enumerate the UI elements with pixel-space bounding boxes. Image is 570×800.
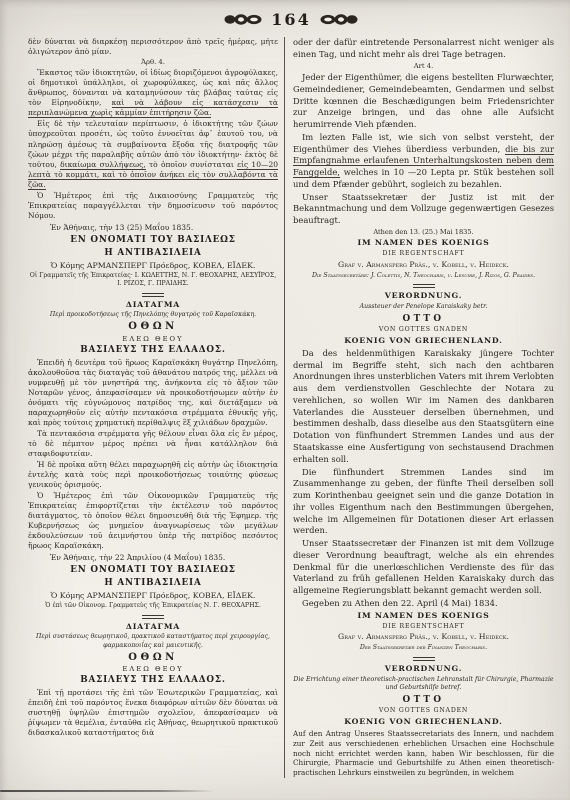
underlined-phrase: δικαίωμα συλλήψεως,: [60, 160, 146, 170]
in-the-name-heading: ΕΝ ΟΝΟΜΑΤΙ ΤΟΥ ΒΑΣΙΛΕΩΣ: [28, 565, 278, 577]
gazette-page: 164 δὲν δύναται νὰ διαρκέσῃ περισσότερον…: [0, 0, 570, 800]
text-run: τὸ ὁποῖον συνίσταται: [146, 160, 237, 169]
decree-title: ΔΙΑΤΑΓΜΑ: [28, 622, 278, 632]
section-divider: [413, 284, 435, 288]
paragraph: Unser Staatssekretær der Justiz ist mit …: [293, 192, 554, 227]
otto-heading: OTTO: [293, 313, 554, 325]
paragraph: Ὁ Ἡμέτερος ἐπὶ τῆς Δικαιοσύνης Γραμματεὺ…: [28, 191, 278, 221]
greek-column: δὲν δύναται νὰ διαρκέσῃ περισσότερον ἀπὸ…: [28, 37, 284, 739]
king-heading: ΒΑΣΙΛΕΥΣ ΤΗΣ ΕΛΛΑΔΟΣ.: [28, 345, 278, 357]
paragraph: Die fünfhundert Stremmen Landes sind im …: [293, 467, 554, 538]
paragraph: Ὁ Ἡμέτερος ἐπὶ τῶν Οἰκονομικῶν Γραμματεὺ…: [28, 491, 278, 551]
paragraph: δὲν δύναται νὰ διαρκέσῃ περισσότερον ἀπὸ…: [28, 37, 278, 57]
paragraph: Ἡ δὲ προῖκα αὕτη θέλει παραχωρηθῆ εἰς αὐ…: [28, 460, 278, 490]
section-divider: [142, 293, 164, 297]
king-heading: KOENIG VON GRIECHENLAND.: [293, 717, 554, 728]
paragraph: Ἐπειδὴ ἡ δευτέρα τοῦ ἥρωος Καραϊσκάκη θυ…: [28, 358, 278, 428]
dateline: Gegeben zu Athen den 22. April (4 Mai) 1…: [293, 598, 554, 610]
decree-subtitle: Περὶ συστάσεως θεωρητικοῦ, πρακτικοῦ κατ…: [28, 633, 278, 650]
section-divider: [413, 657, 435, 661]
paragraph: Τὰ πεντακόσια στρέμματα γῆς θέλουν εἶναι…: [28, 429, 278, 459]
german-column: oder der dafür eintretende Personalarres…: [284, 37, 554, 778]
dateline: Ἐν Ἀθήναις, τὴν 22 Ἀπριλίου (4 Μαΐου) 18…: [28, 553, 278, 563]
otto-heading: ΟΘΩΝ: [28, 651, 278, 664]
paragraph: oder der dafür eintretende Personalarres…: [293, 37, 554, 61]
king-heading: KOENIG VON GRIECHENLAND.: [293, 336, 554, 347]
printers-ornament-left-icon: [224, 13, 262, 26]
regency-heading: Η ΑΝΤΙΒΑΣΙΛΕΙΑ: [28, 248, 278, 260]
secretaries-line: Οἱ Γραμματεῖς τῆς Ἐπικρατείας· Ι. ΚΩΛΕΤΤ…: [28, 272, 278, 289]
paragraph: Im lezten Falle ist, wie sich von selbst…: [293, 132, 554, 191]
by-grace-heading: VON GOTTES GNADEN: [293, 707, 554, 716]
scan-edge-artifact: [0, 790, 215, 792]
secretaries-line: Die Staatssecretäre: J. Colettis, N. The…: [293, 272, 554, 281]
king-heading: ΒΑΣΙΛΕΥΣ ΤΗΣ ΕΛΛΑΔΟΣ.: [28, 675, 278, 687]
paragraph: Εἰς δὲ τὴν τελευταίαν περίπτωσιν, ὁ ἰδιο…: [28, 119, 278, 189]
signature-line: Ὁ Κόμης ΑΡΜΑΝΣΠΕΡΓ Πρόεδρος, ΚΟΒΕΛ, ΕΪΔΕ…: [28, 591, 278, 601]
in-the-name-heading: IM NAMEN DES KOENIGS: [293, 238, 554, 249]
article-heading: Art 4.: [293, 62, 554, 72]
decree-subtitle: Die Errichtung einer theoretisch-practis…: [293, 676, 554, 693]
by-grace-heading: VON GOTTES GNADEN: [293, 326, 554, 335]
by-grace-heading: ΕΛΕΩ ΘΕΟΥ: [28, 665, 278, 674]
otto-heading: ΟΘΩΝ: [28, 320, 278, 333]
paragraph: Unser Staatssecretær der Finanzen ist mi…: [293, 538, 554, 597]
paragraph: Ἐπὶ τῇ προτάσει τῆς ἐπὶ τῶν Ἐσωτερικῶν Γ…: [28, 688, 278, 738]
paragraph: Jeder der Eigenthümer, die eigens bestel…: [293, 72, 554, 131]
decree-subtitle: Aussteuer der Penelope Karaiskaky betr.: [293, 303, 554, 312]
by-grace-heading: ΕΛΕΩ ΘΕΟΥ: [28, 335, 278, 344]
page-number: 164: [271, 10, 310, 29]
regency-heading: DIE REGENTSCHAFT: [293, 250, 554, 259]
dateline: Ἐν Ἀθήναις, τὴν 13 (25) Μαΐου 1835.: [28, 223, 278, 233]
in-the-name-heading: ΕΝ ΟΝΟΜΑΤΙ ΤΟΥ ΒΑΣΙΛΕΩΣ: [28, 235, 278, 247]
masthead: 164: [28, 7, 554, 31]
decree-title: VERORDNUNG.: [293, 291, 554, 302]
regency-heading: DIE REGENTSCHAFT: [293, 623, 554, 632]
article-heading: Ἀρθ. 4.: [28, 58, 278, 67]
paragraph: Auf den Antrag Unseres Staatssecretariat…: [293, 729, 554, 778]
signature-line: Graf v. Armansperg Präs., v. Kobell, v. …: [293, 632, 554, 643]
paragraph: Ἕκαστος τῶν ἰδιοκτητῶν, οἱ ἰδίως διοριζό…: [28, 68, 278, 118]
paragraph: Da des heldenmüthigen Karaiskaky jüngere…: [293, 348, 554, 466]
signature-line: Ὁ Κόμης ΑΡΜΑΝΣΠΕΡΓ Πρόεδρος, ΚΟΒΕΛ, ΕΪΔΕ…: [28, 261, 278, 271]
section-divider: [142, 615, 164, 619]
signature-line: Graf v. Armansperg Präs., v. Kobell, v. …: [293, 260, 554, 271]
regency-heading: Η ΑΝΤΙΒΑΣΙΛΕΙΑ: [28, 578, 278, 590]
printers-ornament-right-icon: [320, 13, 358, 26]
decree-title: VERORDNUNG.: [293, 664, 554, 675]
dateline: Athen den 13. (25.) Mai 1835.: [293, 228, 554, 237]
decree-title: ΔΙΑΤΑΓΜΑ: [28, 300, 278, 310]
two-column-body: δὲν δύναται νὰ διαρκέσῃ περισσότερον ἀπὸ…: [28, 37, 554, 778]
otto-heading: OTTO: [293, 694, 554, 706]
in-the-name-heading: IM NAMEN DES KOENIGS: [293, 611, 554, 622]
secretaries-line: Der Staatssekretær der Finanzen Theochar…: [293, 644, 554, 653]
secretaries-line: Ὁ ἐπὶ τῶν Οἰκονομ. Γραμματεὺς τῆς Ἐπικρα…: [28, 602, 278, 610]
decree-subtitle: Περὶ προικοδοτήσεως τῆς Πηνελόπης θυγατρ…: [28, 311, 278, 319]
